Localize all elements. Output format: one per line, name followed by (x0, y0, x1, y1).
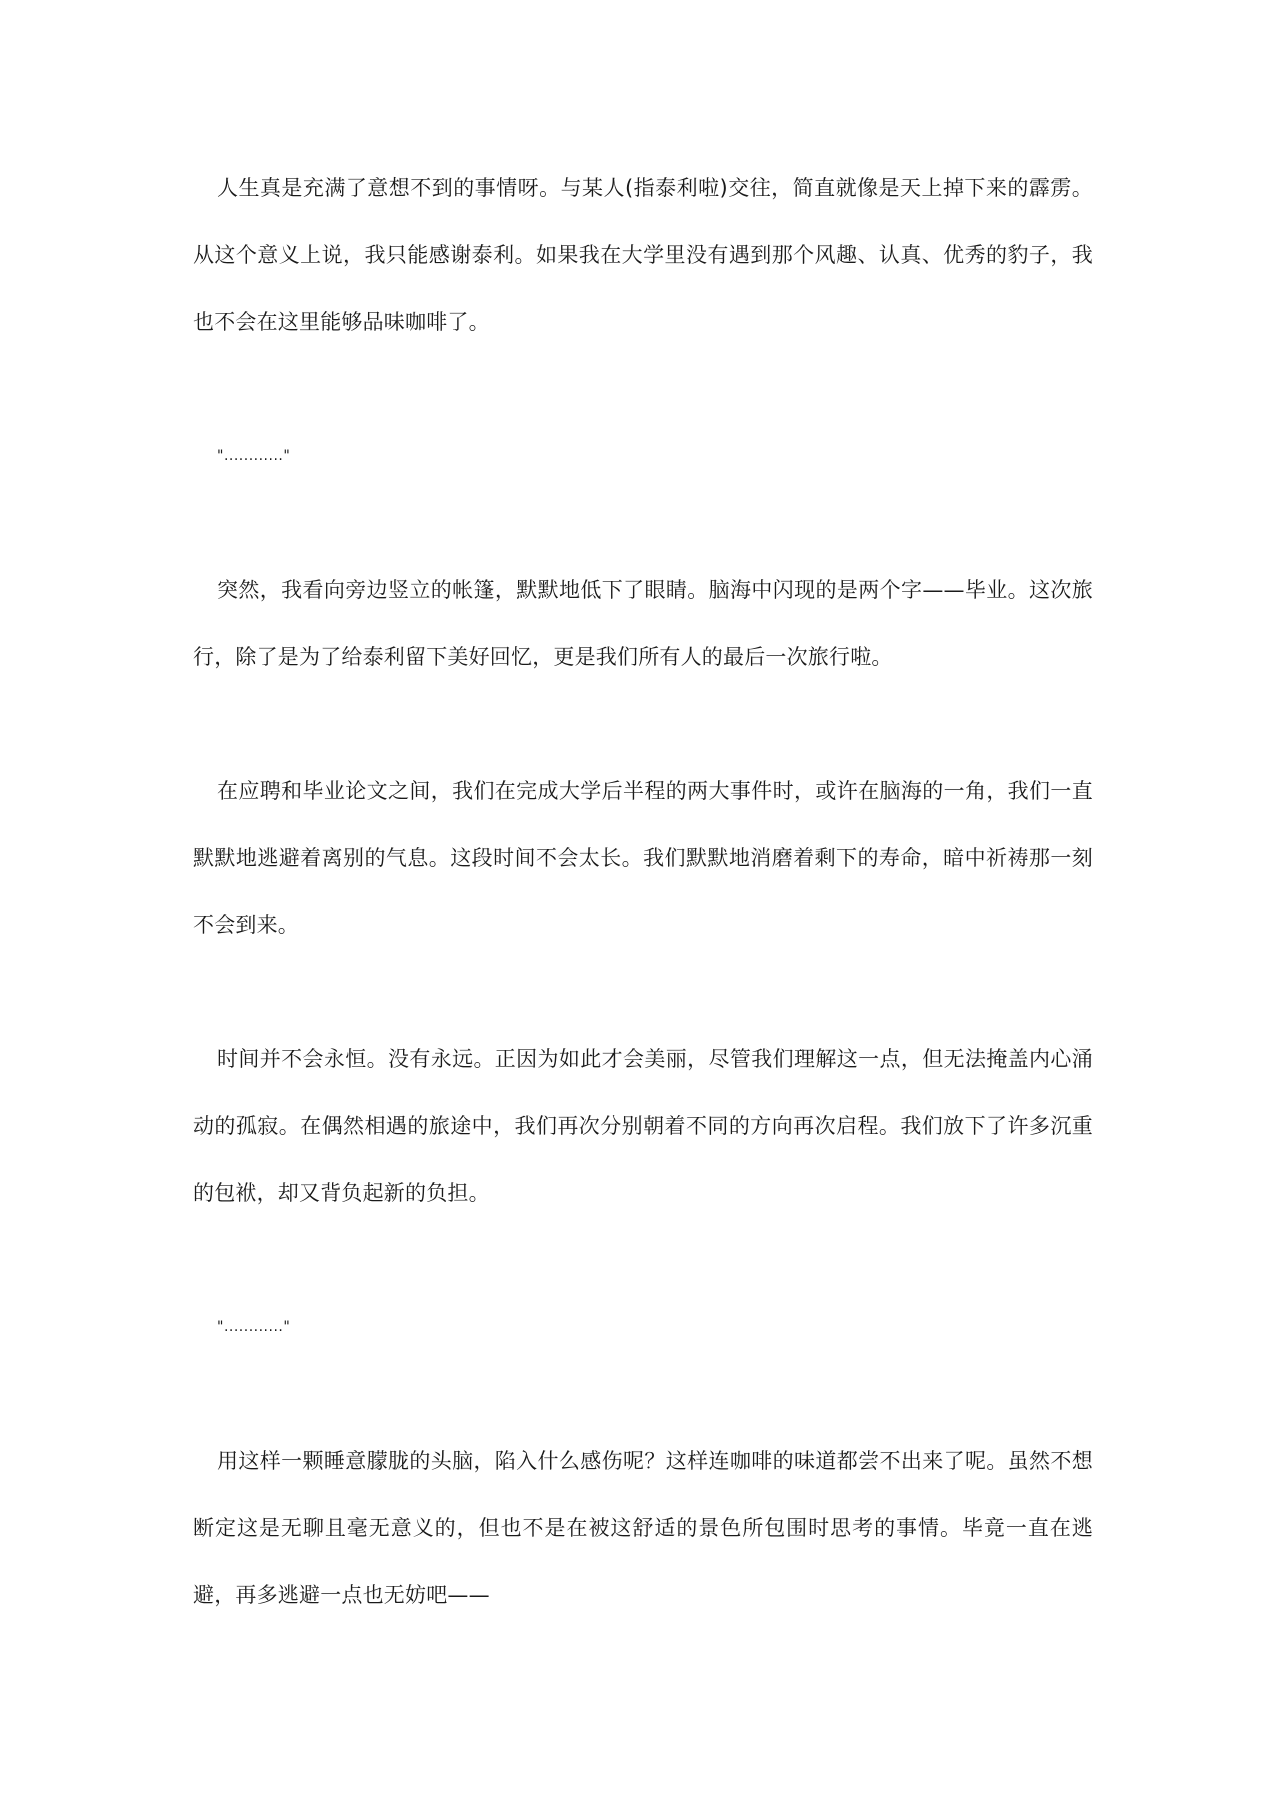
paragraph-3: 在应聘和毕业论文之间，我们在完成大学后半程的两大事件时，或许在脑海的一角，我们一… (193, 758, 1093, 959)
paragraph-2: 突然，我看向旁边竖立的帐篷，默默地低下了眼睛。脑海中闪现的是两个字——毕业。这次… (193, 557, 1093, 691)
document-page: 人生真是充满了意想不到的事情呀。与某人(指泰利啦)交往，简直就像是天上掉下来的霹… (193, 155, 1093, 1696)
ellipsis-quote-1: "............" (193, 423, 1093, 490)
ellipsis-quote-2: "............" (193, 1294, 1093, 1361)
ellipsis-quote-text: "............" (217, 448, 290, 464)
paragraph-4: 时间并不会永恒。没有永远。正因为如此才会美丽，尽管我们理解这一点，但无法掩盖内心… (193, 1026, 1093, 1227)
ellipsis-quote-text: "............" (217, 1319, 290, 1335)
paragraph-5: 用这样一颗睡意朦胧的头脑，陷入什么感伤呢？这样连咖啡的味道都尝不出来了呢。虽然不… (193, 1428, 1093, 1629)
paragraph-1: 人生真是充满了意想不到的事情呀。与某人(指泰利啦)交往，简直就像是天上掉下来的霹… (193, 155, 1093, 356)
